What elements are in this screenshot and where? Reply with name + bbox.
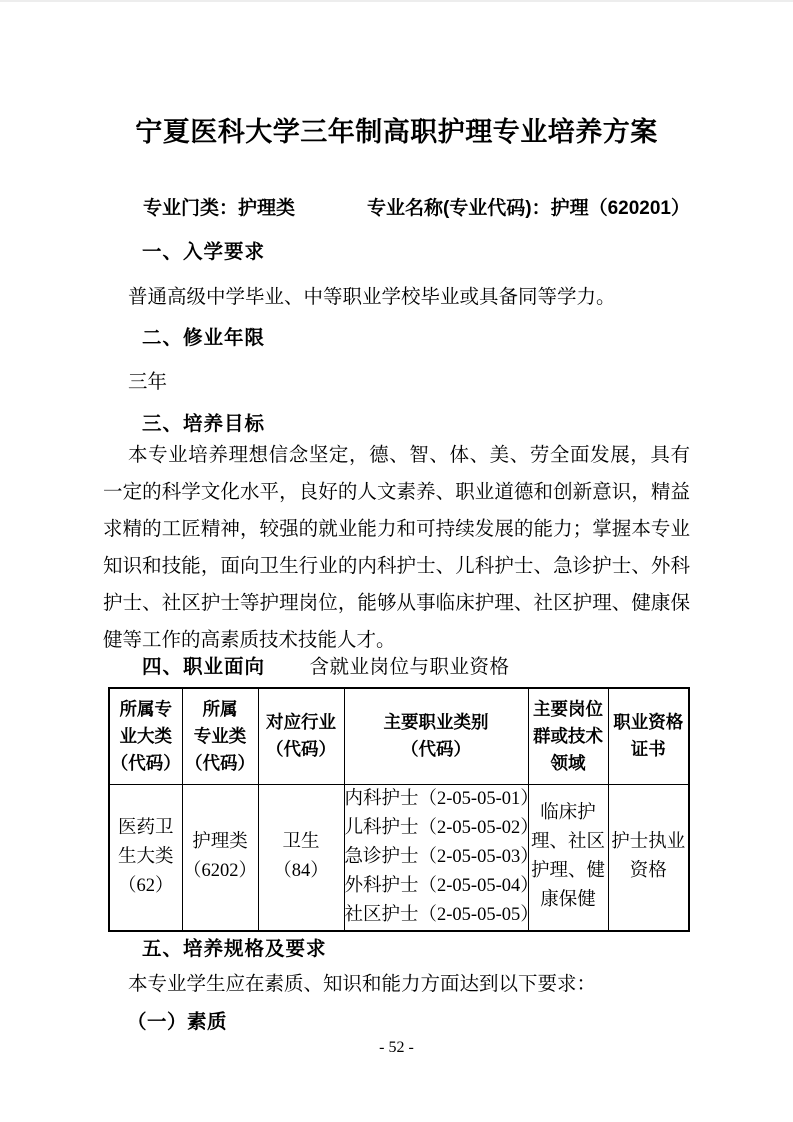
- program-name-code: 专业名称(专业代码)：护理（620201）: [367, 197, 690, 221]
- page-content: 宁夏医科大学三年制高职护理专业培养方案 专业门类：护理类 专业名称(专业代码)：…: [0, 116, 793, 1035]
- program-category: 专业门类：护理类: [143, 197, 295, 221]
- col-header-certificate: 职业资格 证书: [608, 688, 689, 784]
- section-heading-training-specs: 五、培养规格及要求: [142, 936, 690, 962]
- col-header-industry: 对应行业 （代码）: [258, 688, 344, 784]
- footer-page-number: - 52 -: [0, 1038, 793, 1058]
- cell-industry: 卫生 （84）: [258, 784, 344, 931]
- section-heading-admission: 一、入学要求: [142, 239, 690, 265]
- document-title: 宁夏医科大学三年制高职护理专业培养方案: [103, 116, 690, 148]
- cell-post-group: 临床护 理、社区 护理、健 康保健: [528, 784, 608, 931]
- section-heading-career-orientation-subtitle: 含就业岗位与职业资格: [309, 657, 509, 678]
- job-category-item: 外科护士（2-05-05-04）: [345, 872, 528, 901]
- col-header-job-categories: 主要职业类别 （代码）: [344, 688, 528, 784]
- subsection-heading-quality: （一）素质: [127, 1009, 690, 1035]
- section-heading-duration: 二、修业年限: [142, 325, 690, 351]
- section-body-training-specs: 本专业学生应在素质、知识和能力方面达到以下要求：: [103, 966, 690, 1003]
- job-category-item: 内科护士（2-05-05-01）: [345, 785, 528, 814]
- document-page: 宁夏医科大学三年制高职护理专业培养方案 专业门类：护理类 专业名称(专业代码)：…: [0, 0, 793, 1122]
- job-category-item: 社区护士（2-05-05-05）: [345, 901, 528, 930]
- col-header-major-group: 所属专 业大类 （代码）: [109, 688, 182, 784]
- cell-major-group: 医药卫 生大类 （62）: [109, 784, 182, 931]
- career-orientation-table: 所属专 业大类 （代码） 所属 专业类 （代码） 对应行业 （代码） 主要职: [108, 687, 690, 932]
- job-category-item: 儿科护士（2-05-05-02）: [345, 814, 528, 843]
- job-category-item: 急诊护士（2-05-05-03）: [345, 843, 528, 872]
- col-header-major-class: 所属 专业类 （代码）: [182, 688, 258, 784]
- page-top-edge-line: [0, 0, 793, 2]
- table-data-row: 医药卫 生大类 （62） 护理类 （6202） 卫生 （84） 内科护士（2-0…: [109, 784, 689, 931]
- section-body-admission: 普通高级中学毕业、中等职业学校毕业或具备同等学力。: [103, 279, 690, 316]
- section-heading-objectives: 三、培养目标: [142, 411, 690, 437]
- section-heading-career-orientation-label: 四、职业面向: [142, 656, 265, 678]
- program-meta-line: 专业门类：护理类 专业名称(专业代码)：护理（620201）: [103, 197, 690, 221]
- section-body-objectives: 本专业培养理想信念坚定，德、智、体、美、劳全面发展，具有一定的科学文化水平，良好…: [103, 437, 690, 659]
- cell-job-categories: 内科护士（2-05-05-01） 儿科护士（2-05-05-02） 急诊护士（2…: [344, 784, 528, 931]
- cell-certificate: 护士执业 资格: [608, 784, 689, 931]
- section-heading-career-orientation: 四、职业面向 含就业岗位与职业资格: [142, 654, 690, 681]
- table-header-row: 所属专 业大类 （代码） 所属 专业类 （代码） 对应行业 （代码） 主要职: [109, 688, 689, 784]
- cell-major-class: 护理类 （6202）: [182, 784, 258, 931]
- section-body-duration: 三年: [103, 364, 690, 401]
- col-header-post-group: 主要岗位 群或技术 领域: [528, 688, 608, 784]
